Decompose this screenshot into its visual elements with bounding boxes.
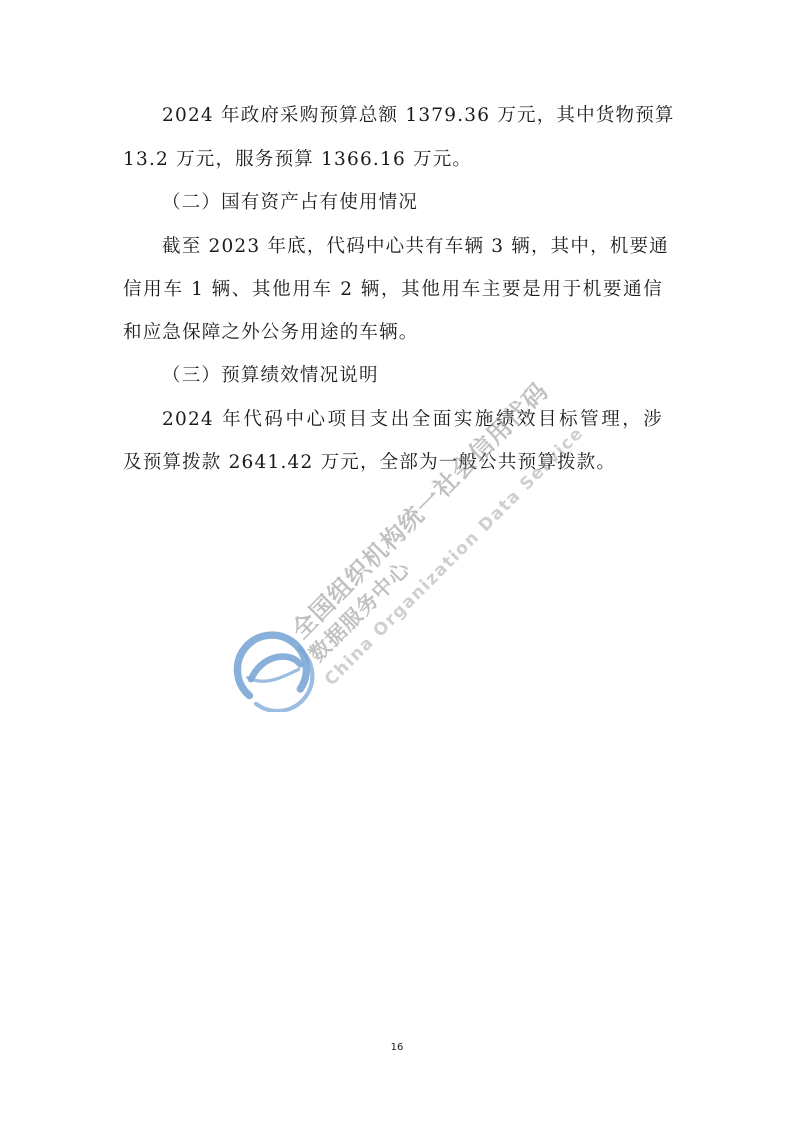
paragraph-procurement-line-2: 13.2 万元，服务预算 1366.16 万元。 (123, 148, 663, 172)
page-number: 16 (0, 1042, 794, 1053)
watermark-text-line-2: 数据服务中心 (302, 553, 417, 668)
paragraph-vehicles-line-1: 截至 2023 年底，代码中心共有车辆 3 辆，其中，机要通 (162, 235, 663, 259)
paragraph-performance-line-1: 2024 年代码中心项目支出全面实施绩效目标管理，涉 (162, 408, 663, 432)
organization-logo-icon (233, 630, 315, 712)
paragraph-performance-line-2: 及预算拨款 2641.42 万元，全部为一般公共预算拨款。 (123, 451, 663, 475)
paragraph-vehicles-line-3: 和应急保障之外公务用途的车辆。 (123, 321, 663, 345)
section-heading-state-assets: （二）国有资产占有使用情况 (162, 191, 702, 215)
document-page: 2024 年政府采购预算总额 1379.36 万元，其中货物预算 13.2 万元… (0, 0, 794, 1123)
section-heading-performance: （三）预算绩效情况说明 (162, 364, 702, 388)
paragraph-procurement-line-1: 2024 年政府采购预算总额 1379.36 万元，其中货物预算 (162, 104, 663, 128)
paragraph-vehicles-line-2: 信用车 1 辆、其他用车 2 辆，其他用车主要是用于机要通信 (123, 278, 663, 302)
